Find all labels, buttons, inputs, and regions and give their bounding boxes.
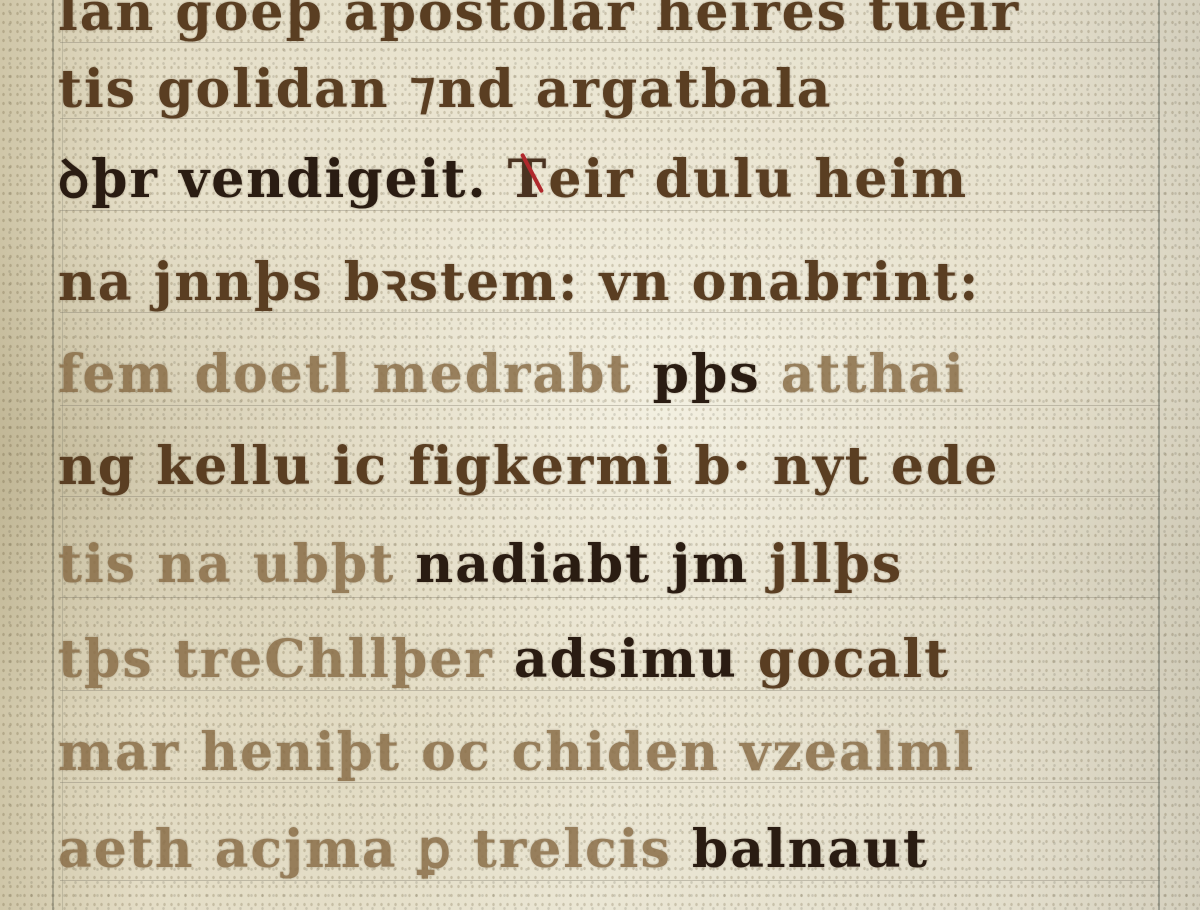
manuscript-line: tis na ubþt nadiabt jm jllþs [58,530,1158,600]
manuscript-text-segment: atthai [761,344,966,405]
manuscript-text-segment: tþs treChllþer [58,629,514,690]
manuscript-text-segment: gocalt [738,629,950,690]
manuscript-text-segment: aeth acjma ꝑ trelcis [58,819,692,880]
manuscript-line: ng kellu ic figkermi b· nyt ede [58,432,1158,502]
red-rubric-stroke [520,153,544,194]
manuscript-line: ꝺþr vendigeit. Teir dulu heim [58,145,1158,215]
manuscript-text-segment: tis golidan ⁊nd argatbala [58,59,832,120]
manuscript-text-segment: jllþs [749,534,903,595]
manuscript-text-segment: fem doetl medrabt [58,344,653,405]
manuscript-line: na jnnþs bꝛstem: vn onabrint: [58,248,1158,318]
manuscript-line: aeth acjma ꝑ trelcis balnaut [58,815,1158,885]
manuscript-text-segment: eir dulu heim [548,149,968,210]
manuscript-line: fem doetl medrabt pþs atthai [58,340,1158,410]
manuscript-text-segment: ꝺþr vendigeit. [58,149,508,210]
rubricated-initial: T [508,145,549,215]
manuscript-text-segment: balnaut [692,819,929,880]
manuscript-text-segment: mar heniþt oc chiden vzealml [58,722,975,783]
manuscript-line: mar heniþt oc chiden vzealml [58,718,1158,788]
manuscript-line: tþs treChllþer adsimu gocalt [58,625,1158,695]
manuscript-line: tis golidan ⁊nd argatbala [58,55,1158,125]
manuscript-text-segment: na jnnþs bꝛstem: vn onabrint: [58,252,980,313]
manuscript-text-segment: pþs [653,344,761,405]
manuscript-text-segment: tis na ubþt [58,534,415,595]
right-margin-rule [1158,0,1160,910]
manuscript-text-segment: adsimu [514,629,738,690]
left-margin-rule [52,0,54,910]
manuscript-line: lan goeþ apostolar heires tueir [58,0,1158,48]
manuscript-text-segment: nadiabt jm [415,534,749,595]
manuscript-text-segment: lan goeþ apostolar heires tueir [58,0,1020,43]
manuscript-text-segment: ng kellu ic figkermi b· nyt ede [58,436,999,497]
